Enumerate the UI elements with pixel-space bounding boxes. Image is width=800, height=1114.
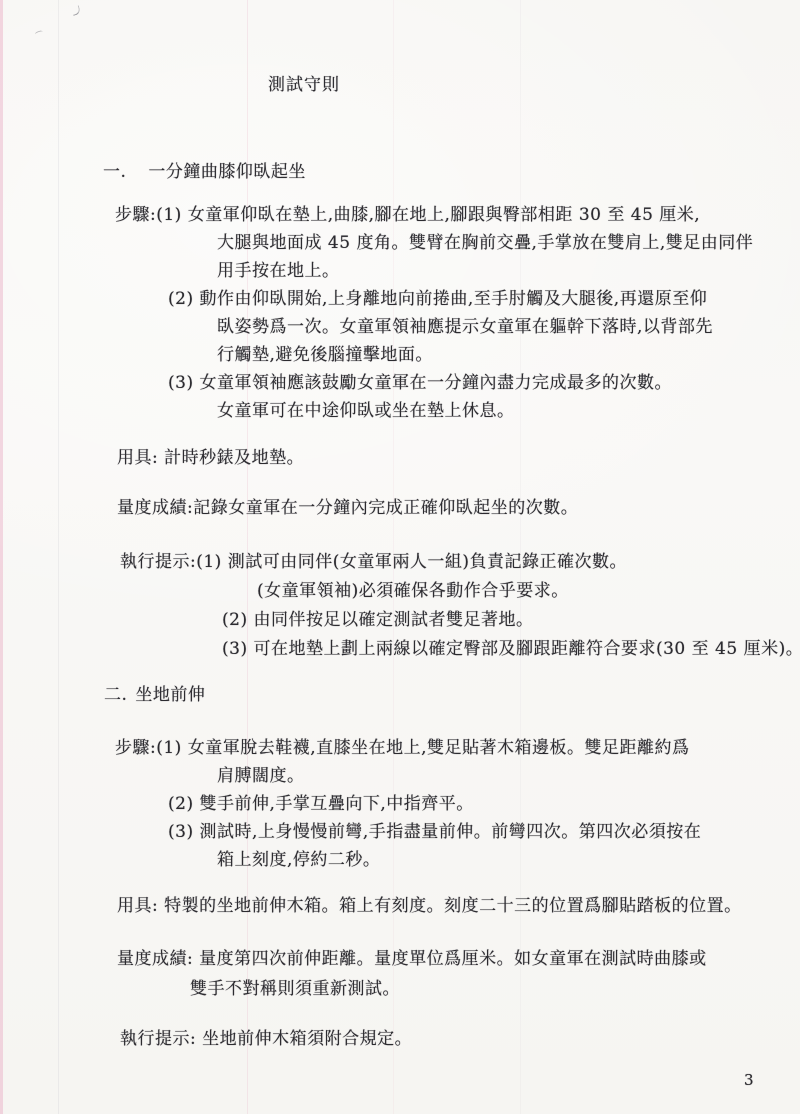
section-2-name: 坐地前伸 — [135, 685, 205, 705]
text-line: 大腿與地面成 45 度角。雙臂在胸前交疊,手掌放在雙肩上,雙足由同伴 — [0, 229, 800, 257]
section-1-measurement: 量度成績:記錄女童軍在一分鐘內完成正確仰臥起坐的次數。 — [0, 494, 800, 522]
scan-speck — [71, 5, 81, 16]
text-line: (3) 測試時,上身慢慢前彎,手指盡量前伸。前彎四次。第四次必須按在 — [0, 818, 800, 846]
text-line: 步驟:(1) 女童軍脫去鞋襪,直膝坐在地上,雙足貼著木箱邊板。雙足距離約爲 — [0, 734, 800, 762]
text-line: (女童軍領袖)必須確保各動作合乎要求。 — [0, 577, 800, 606]
text-line: 用具: 計時秒錶及地墊。 — [0, 444, 800, 472]
text-line: 量度成績:記錄女童軍在一分鐘內完成正確仰臥起坐的次數。 — [0, 494, 800, 522]
text-line: 行觸墊,避免後腦撞擊地面。 — [0, 341, 800, 369]
section-1-name: 一分鐘曲膝仰臥起坐 — [148, 162, 306, 182]
section-1-number: 一. — [103, 162, 126, 182]
section-1-equipment: 用具: 計時秒錶及地墊。 — [0, 444, 800, 472]
text-line: 臥姿勢爲一次。女童軍領袖應提示女童軍在軀幹下落時,以背部先 — [0, 313, 800, 341]
section-1-tips: 執行提示:(1) 測試可由同伴(女童軍兩人一組)負責記錄正確次數。 (女童軍領袖… — [0, 548, 800, 664]
text-line: (3) 女童軍領袖應該鼓勵女童軍在一分鐘內盡力完成最多的次數。 — [0, 369, 800, 397]
text-line: 步驟:(1) 女童軍仰臥在墊上,曲膝,腳在地上,腳跟與臀部相距 30 至 45 … — [0, 201, 800, 229]
scan-speck — [35, 30, 44, 36]
section-2-measurement: 量度成績: 量度第四次前伸距離。量度單位爲厘米。如女童軍在測試時曲膝或 雙手不對… — [0, 944, 800, 1004]
text-line: 雙手不對稱則須重新測試。 — [0, 974, 800, 1004]
text-line: 肩膊闊度。 — [0, 762, 800, 790]
text-line: (2) 雙手前伸,手掌互疊向下,中指齊平。 — [0, 790, 800, 818]
section-2-tips: 執行提示: 坐地前伸木箱須附合規定。 — [0, 1025, 800, 1053]
page-number: 3 — [744, 1071, 754, 1089]
section-1-steps: 步驟:(1) 女童軍仰臥在墊上,曲膝,腳在地上,腳跟與臀部相距 30 至 45 … — [0, 201, 800, 425]
text-line: 用具: 特製的坐地前伸木箱。箱上有刻度。刻度二十三的位置爲腳貼踏板的位置。 — [0, 892, 800, 920]
page-title: 測試守則 — [268, 70, 340, 95]
section-2-equipment: 用具: 特製的坐地前伸木箱。箱上有刻度。刻度二十三的位置爲腳貼踏板的位置。 — [0, 892, 800, 920]
text-line: 執行提示: 坐地前伸木箱須附合規定。 — [0, 1025, 800, 1053]
text-line: 量度成績: 量度第四次前伸距離。量度單位爲厘米。如女童軍在測試時曲膝或 — [0, 944, 800, 974]
text-line: 執行提示:(1) 測試可由同伴(女童軍兩人一組)負責記錄正確次數。 — [0, 548, 800, 577]
section-2-number: 二. — [104, 685, 127, 705]
section-2-steps: 步驟:(1) 女童軍脫去鞋襪,直膝坐在地上,雙足貼著木箱邊板。雙足距離約爲 肩膊… — [0, 734, 800, 874]
text-line: (3) 可在地墊上劃上兩線以確定臀部及腳跟距離符合要求(30 至 45 厘米)。 — [0, 635, 800, 664]
text-line: 箱上刻度,停約二秒。 — [0, 846, 800, 874]
text-line: 用手按在地上。 — [0, 257, 800, 285]
section-2-heading: 二.坐地前伸 — [104, 680, 205, 705]
scanned-document-page: 測試守則 一.一分鐘曲膝仰臥起坐 步驟:(1) 女童軍仰臥在墊上,曲膝,腳在地上… — [0, 0, 800, 1114]
text-line: 女童軍可在中途仰臥或坐在墊上休息。 — [0, 397, 800, 425]
section-1-heading: 一.一分鐘曲膝仰臥起坐 — [103, 157, 306, 182]
text-line: (2) 動作由仰臥開始,上身離地向前捲曲,至手肘觸及大腿後,再還原至仰 — [0, 285, 800, 313]
text-line: (2) 由同伴按足以確定測試者雙足著地。 — [0, 606, 800, 635]
